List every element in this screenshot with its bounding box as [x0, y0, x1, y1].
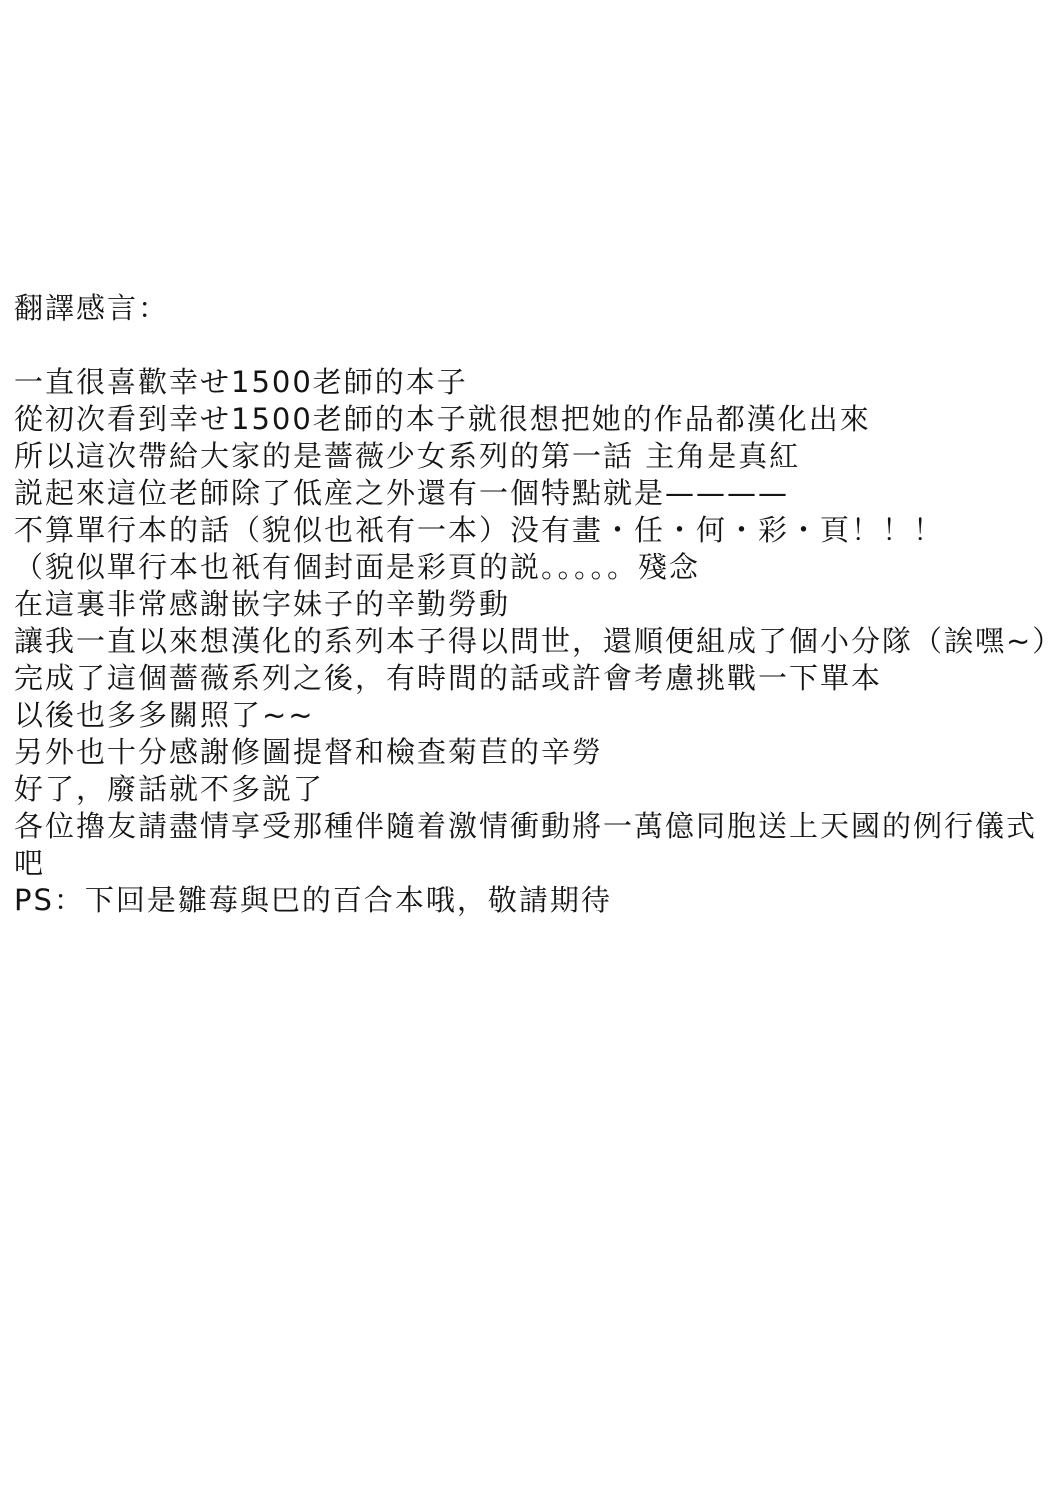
afterword-line: 讓我一直以來想漢化的系列本子得以問世，還順便組成了個小分隊（誒嘿~）	[14, 623, 1044, 660]
afterword-heading: 翻譯感言：	[14, 290, 1044, 327]
afterword-line: 不算單行本的話（貌似也衹有一本）没有畫・任・何・彩・頁！！！	[14, 512, 1044, 549]
afterword-line: 另外也十分感謝修圖提督和檢查菊苣的辛勞	[14, 734, 1044, 771]
afterword-line: 完成了這個薔薇系列之後，有時間的話或許會考慮挑戰一下單本	[14, 660, 1044, 697]
afterword-line: 吧	[14, 845, 1044, 882]
afterword-line: 説起來這位老師除了低産之外還有一個特點就是————	[14, 475, 1044, 512]
afterword-line: 各位擼友請盡情享受那種伴隨着激情衝動將一萬億同胞送上天國的例行儀式	[14, 808, 1044, 845]
afterword-line: 在這裏非常感謝嵌字妹子的辛勤勞動	[14, 586, 1044, 623]
afterword-line: （貌似單行本也衹有個封面是彩頁的説。。。。。殘念	[14, 549, 1044, 586]
afterword-line: 從初次看到幸せ1500老師的本子就很想把她的作品都漢化出來	[14, 401, 1044, 438]
afterword-line: 以後也多多關照了~~	[14, 697, 1044, 734]
afterword-text-block: 翻譯感言： 一直很喜歡幸せ1500老師的本子 從初次看到幸せ1500老師的本子就…	[14, 290, 1044, 919]
afterword-line: PS：下回是雛莓與巴的百合本哦，敬請期待	[14, 882, 1044, 919]
afterword-line: 一直很喜歡幸せ1500老師的本子	[14, 364, 1044, 401]
afterword-page: 翻譯感言： 一直很喜歡幸せ1500老師的本子 從初次看到幸せ1500老師的本子就…	[0, 0, 1050, 1500]
afterword-line: 所以這次帶給大家的是薔薇少女系列的第一話 主角是真紅	[14, 438, 1044, 475]
afterword-line: 好了，廢話就不多説了	[14, 771, 1044, 808]
blank-line	[14, 327, 1044, 364]
